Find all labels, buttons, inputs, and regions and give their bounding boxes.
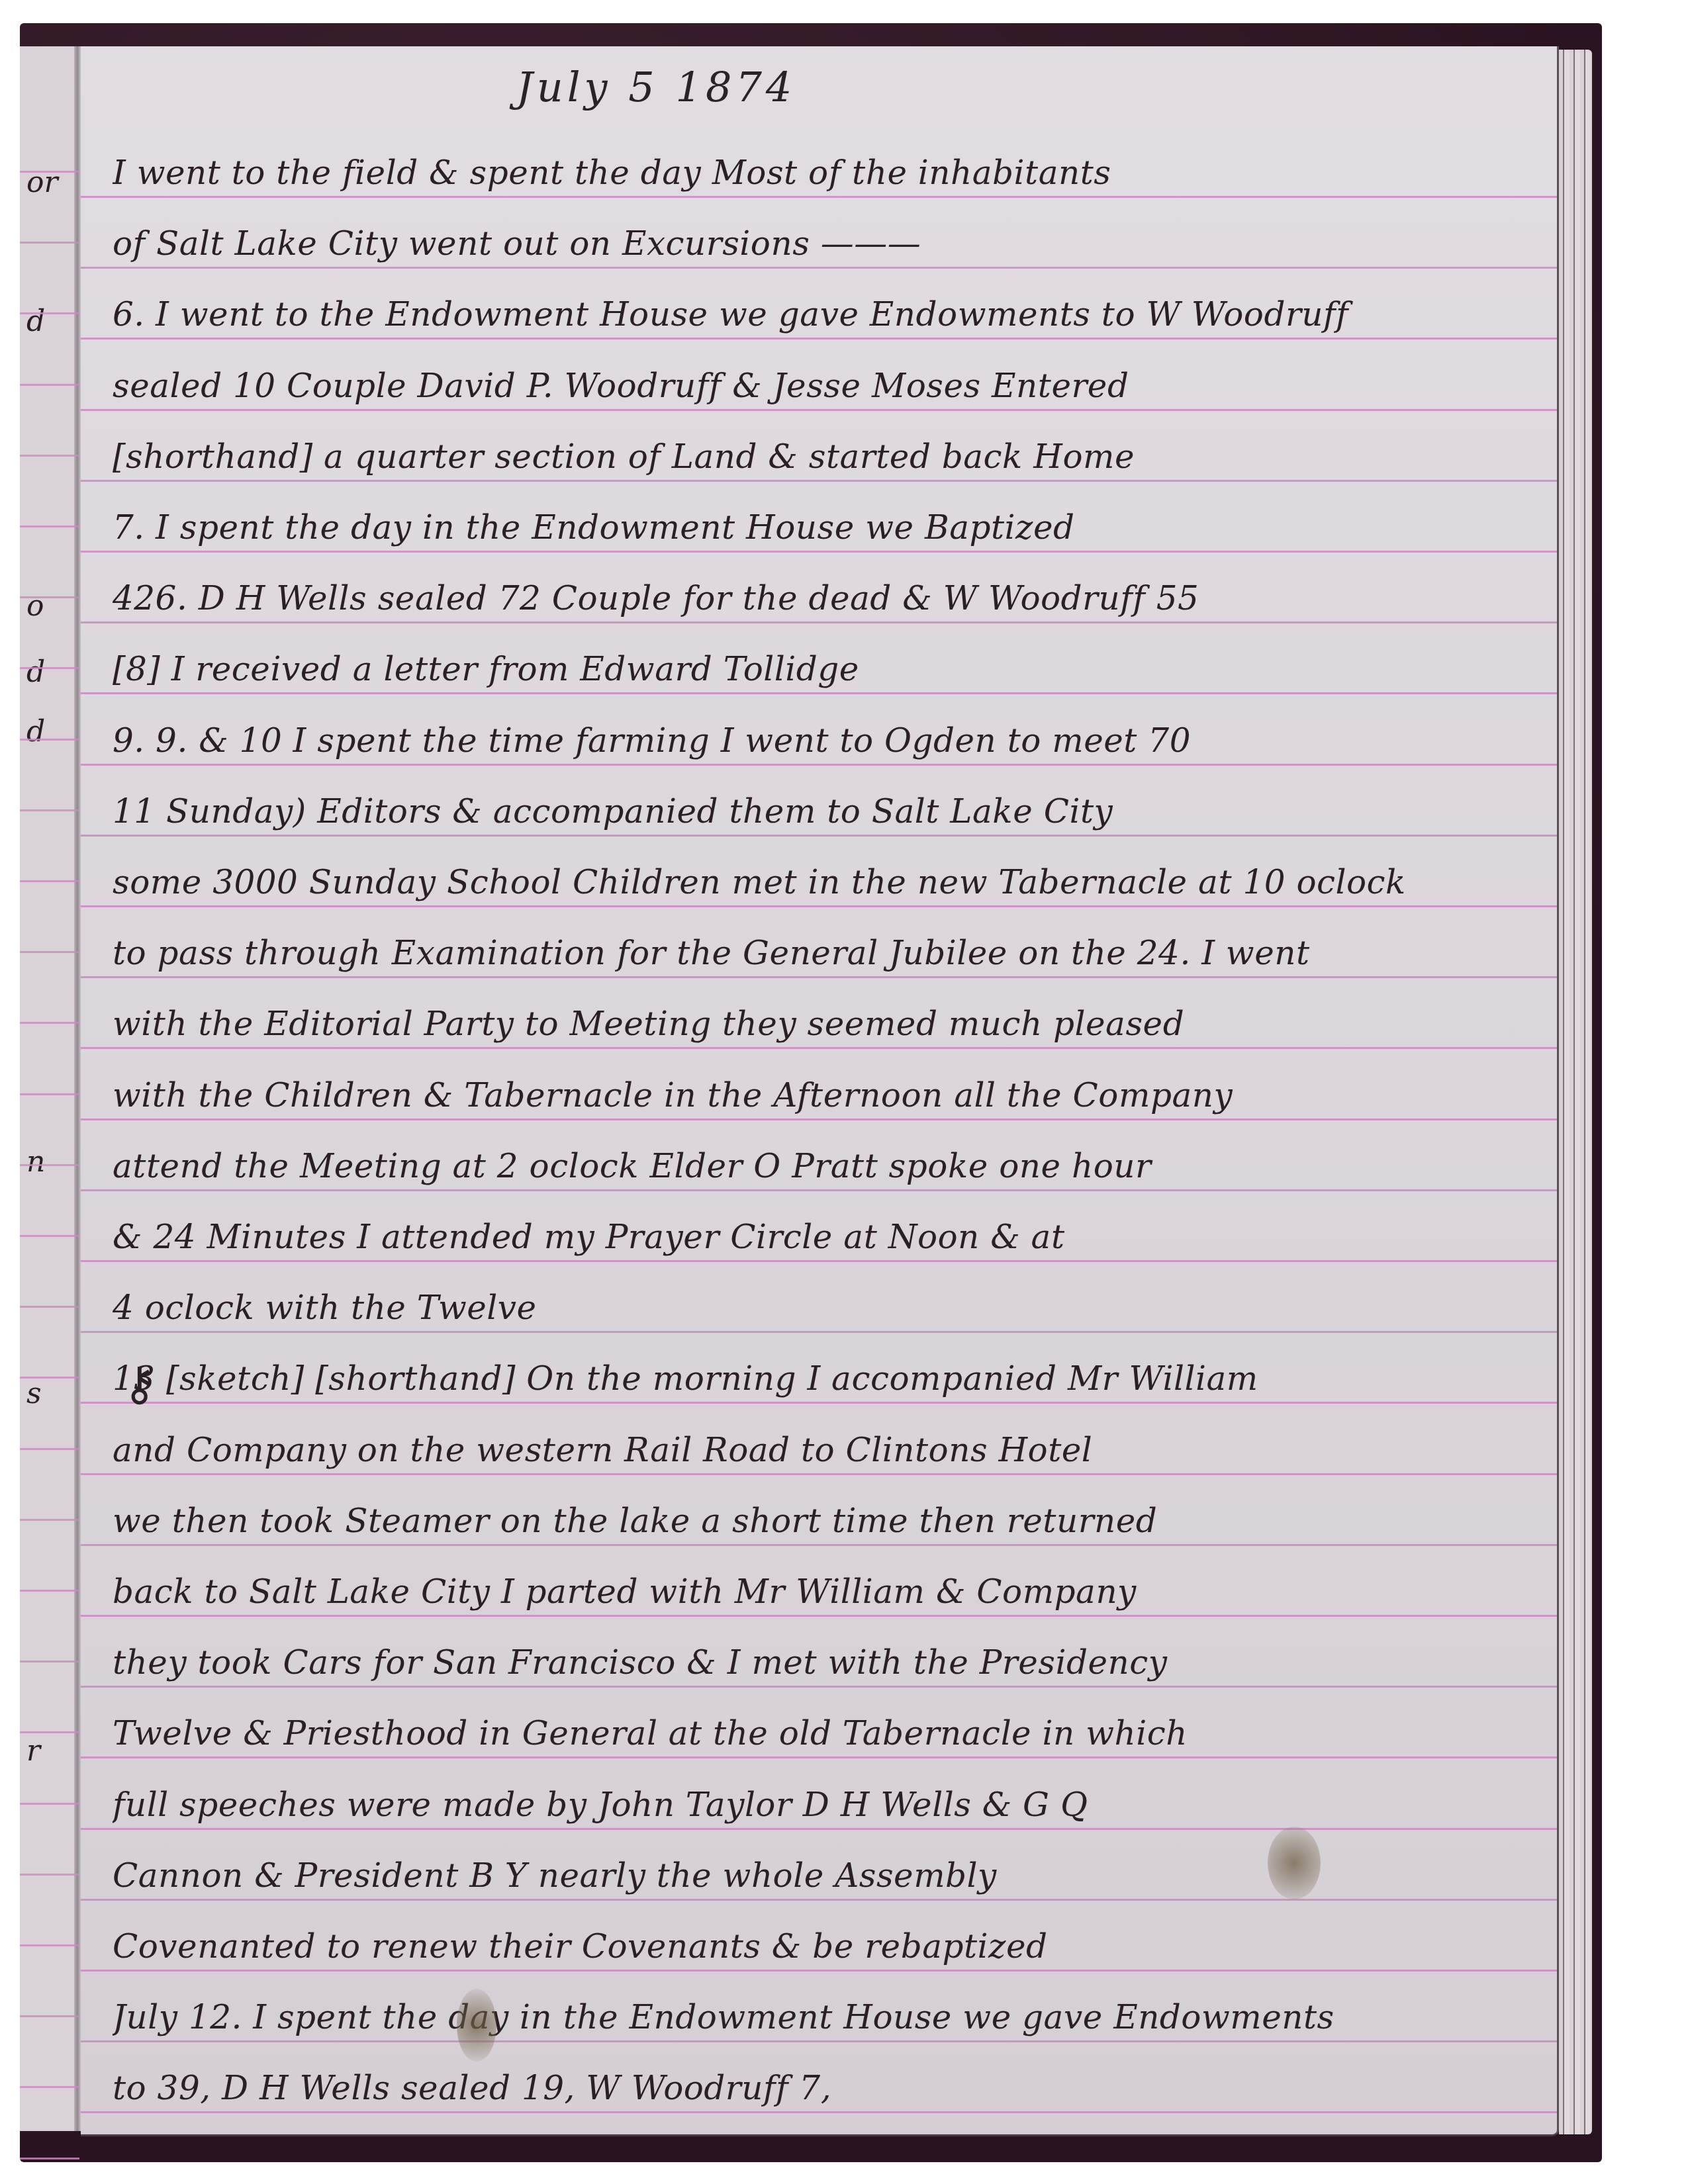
facing-page-ruled-line xyxy=(20,951,79,953)
facing-page-ruled-line xyxy=(20,1093,79,1095)
facing-page-ruled-line xyxy=(20,384,79,386)
journal-line: full speeches were made by John Taylor D… xyxy=(113,1786,1549,1824)
ruled-line xyxy=(81,2111,1557,2113)
journal-line: 6. I went to the Endowment House we gave… xyxy=(113,295,1549,334)
journal-line: to pass through Examination for the Gene… xyxy=(113,934,1549,972)
page-date-header: July 5 1874 xyxy=(516,63,796,111)
facing-page-edge xyxy=(20,46,79,2131)
ruled-line xyxy=(81,1828,1557,1830)
facing-page-ruled-line xyxy=(20,1874,79,1876)
ruled-line xyxy=(81,338,1557,340)
facing-page-ruled-line xyxy=(20,525,79,527)
ruled-line xyxy=(81,551,1557,553)
facing-page-ruled-line xyxy=(20,880,79,882)
page-stack-edges xyxy=(1559,50,1592,2134)
journal-line: 426. D H Wells sealed 72 Couple for the … xyxy=(113,579,1549,617)
key-sketch-icon: ⚷ xyxy=(122,1357,156,1411)
facing-page-ruled-line xyxy=(20,1306,79,1308)
journal-line: they took Cars for San Francisco & I met… xyxy=(113,1643,1549,1682)
facing-page-ruled-line xyxy=(20,1164,79,1166)
journal-line: Twelve & Priesthood in General at the ol… xyxy=(113,1714,1549,1752)
facing-page-ruled-line xyxy=(20,1235,79,1237)
ink-stain xyxy=(1268,1827,1321,1899)
ruled-line xyxy=(81,1544,1557,1546)
facing-page-ruled-line xyxy=(20,2015,79,2017)
journal-line: July 12. I spent the day in the Endowmen… xyxy=(113,1998,1549,2036)
ruled-line xyxy=(81,2040,1557,2042)
journal-line: [8] I received a letter from Edward Toll… xyxy=(113,650,1549,688)
facing-page-ruled-line xyxy=(20,312,79,314)
journal-line: attend the Meeting at 2 oclock Elder O P… xyxy=(113,1147,1549,1185)
journal-line: with the Children & Tabernacle in the Af… xyxy=(113,1076,1549,1115)
facing-page-ruled-line xyxy=(20,1377,79,1379)
ruled-line xyxy=(81,267,1557,269)
facing-page-ruled-line xyxy=(20,1803,79,1805)
ruled-line xyxy=(81,1473,1557,1475)
ruled-line xyxy=(81,1899,1557,1901)
ruled-line xyxy=(81,764,1557,766)
facing-page-fragment: d xyxy=(26,715,79,749)
ruled-line xyxy=(81,621,1557,623)
journal-line: 13 [sketch] [shorthand] On the morning I… xyxy=(113,1359,1549,1398)
journal-line: sealed 10 Couple David P. Woodruff & Jes… xyxy=(113,367,1549,405)
ruled-line xyxy=(81,1260,1557,1262)
journal-line: back to Salt Lake City I parted with Mr … xyxy=(113,1572,1549,1611)
facing-page-ruled-line xyxy=(20,1944,79,1946)
facing-page-ruled-line xyxy=(20,171,79,173)
ruled-line xyxy=(81,480,1557,482)
journal-line: I went to the field & spent the day Most… xyxy=(113,154,1549,192)
journal-line: 4 oclock with the Twelve xyxy=(113,1289,1549,1327)
ruled-line xyxy=(81,835,1557,837)
facing-page-ruled-line xyxy=(20,1661,79,1662)
ruled-line xyxy=(81,1331,1557,1333)
journal-line: Cannon & President B Y nearly the whole … xyxy=(113,1856,1549,1895)
ruled-line xyxy=(81,196,1557,198)
facing-page-fragment: s xyxy=(26,1377,79,1410)
journal-line: some 3000 Sunday School Children met in … xyxy=(113,863,1549,901)
facing-page-ruled-line xyxy=(20,1448,79,1450)
facing-page-ruled-line xyxy=(20,242,79,244)
journal-line: 7. I spent the day in the Endowment Hous… xyxy=(113,508,1549,547)
ruled-line xyxy=(81,1402,1557,1404)
journal-line: of Salt Lake City went out on Excursions… xyxy=(113,224,1549,263)
facing-page-ruled-line xyxy=(20,1731,79,1733)
facing-page-ruled-line xyxy=(20,667,79,669)
journal-line: we then took Steamer on the lake a short… xyxy=(113,1502,1549,1540)
facing-page-ruled-line xyxy=(20,1519,79,1521)
journal-line: and Company on the western Rail Road to … xyxy=(113,1431,1549,1469)
ruled-line xyxy=(81,905,1557,907)
journal-line: & 24 Minutes I attended my Prayer Circle… xyxy=(113,1218,1549,1256)
facing-page-fragment: o xyxy=(26,589,79,623)
facing-page-ruled-line xyxy=(20,2086,79,2088)
journal-line: 9. 9. & 10 I spent the time farming I we… xyxy=(113,721,1549,760)
book-gutter xyxy=(74,46,81,2131)
facing-page-fragment: r xyxy=(26,1734,79,1768)
ruled-line xyxy=(81,409,1557,411)
facing-page-ruled-line xyxy=(20,455,79,457)
ruled-line xyxy=(81,692,1557,694)
facing-page-fragment: d xyxy=(26,655,79,689)
ruled-line xyxy=(81,1189,1557,1191)
journal-line: Covenanted to renew their Covenants & be… xyxy=(113,1927,1549,1966)
facing-page-ruled-line xyxy=(20,1590,79,1592)
ruled-line xyxy=(81,1756,1557,1758)
ruled-line xyxy=(81,976,1557,978)
ruled-line xyxy=(81,1047,1557,1049)
facing-page-fragment: d xyxy=(26,304,79,338)
ruled-line xyxy=(81,1686,1557,1688)
facing-page-ruled-line xyxy=(20,809,79,811)
ink-stain xyxy=(457,1989,496,2062)
facing-page-ruled-line xyxy=(20,739,79,741)
ruled-line xyxy=(81,1615,1557,1617)
journal-line: with the Editorial Party to Meeting they… xyxy=(113,1005,1549,1043)
journal-line: to 39, D H Wells sealed 19, W Woodruff 7… xyxy=(113,2069,1549,2107)
facing-page-ruled-line xyxy=(20,1022,79,1024)
journal-line: 11 Sunday) Editors & accompanied them to… xyxy=(113,792,1549,831)
journal-line: [shorthand] a quarter section of Land & … xyxy=(113,437,1549,476)
facing-page-ruled-line xyxy=(20,596,79,598)
facing-page-ruled-line xyxy=(20,2158,79,2160)
ruled-line xyxy=(81,1118,1557,1120)
ruled-line xyxy=(81,1970,1557,1972)
facing-page-fragment: n xyxy=(26,1145,79,1179)
